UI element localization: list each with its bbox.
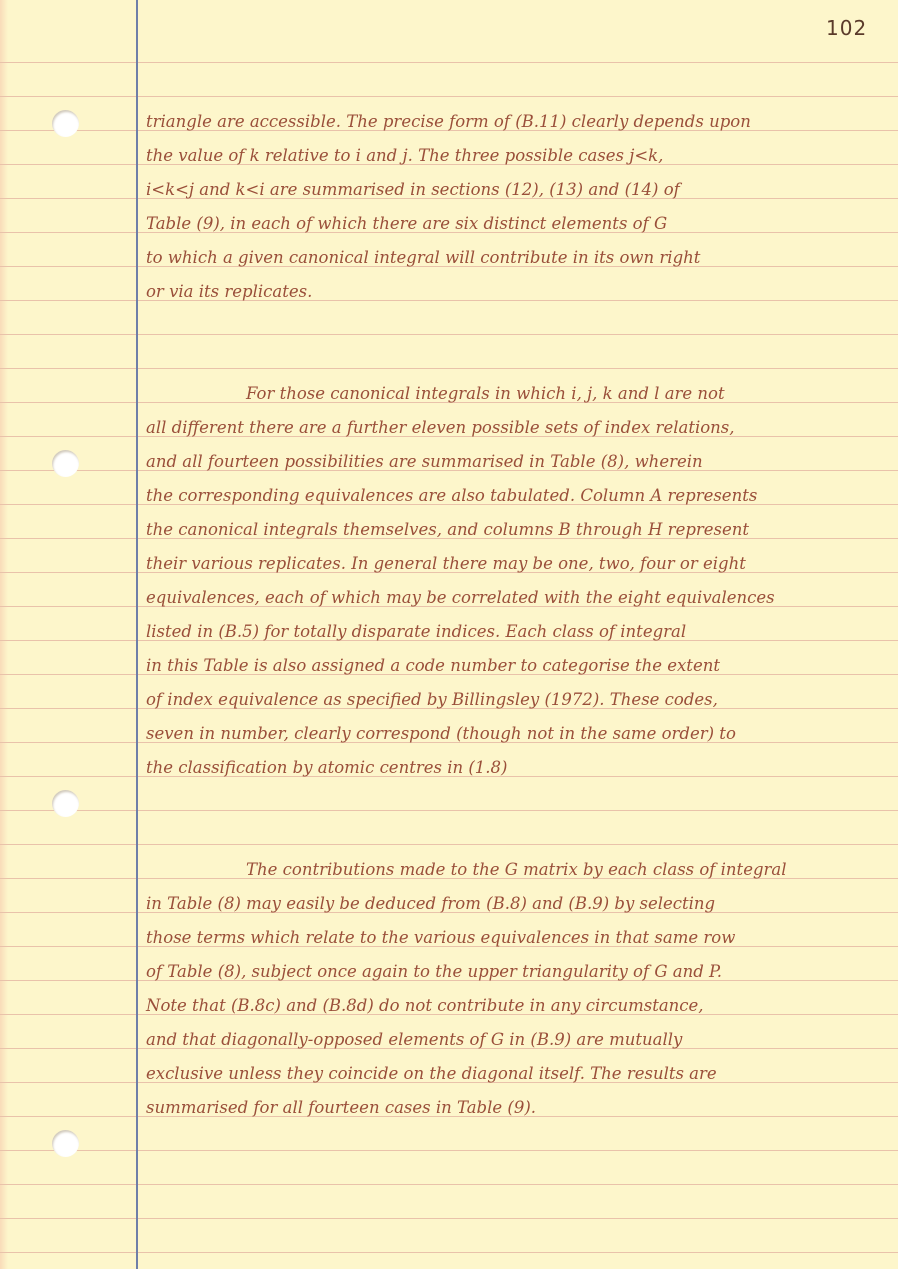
ruled-line <box>0 810 898 811</box>
text-line: For those canonical integrals in which i… <box>246 384 886 404</box>
text-line: the value of k relative to i and j. The … <box>146 146 886 166</box>
text-line: of index equivalence as specified by Bil… <box>146 690 886 710</box>
text-line: exclusive unless they coincide on the di… <box>146 1064 886 1084</box>
text-line: The contributions made to the G matrix b… <box>246 860 886 880</box>
text-line: summarised for all fourteen cases in Tab… <box>146 1098 886 1118</box>
text-line: and that diagonally-opposed elements of … <box>146 1030 886 1050</box>
text-line: Table (9), in each of which there are si… <box>146 214 886 234</box>
page-number: 102 <box>826 16 867 40</box>
notebook-page: 102 triangle are accessible. The precise… <box>0 0 898 1269</box>
ruled-line <box>0 1252 898 1253</box>
punch-hole <box>52 110 79 137</box>
ruled-line <box>0 844 898 845</box>
ruled-line <box>0 62 898 63</box>
text-line: the canonical integrals themselves, and … <box>146 520 886 540</box>
text-line: all different there are a further eleven… <box>146 418 886 438</box>
text-line: triangle are accessible. The precise for… <box>146 112 886 132</box>
text-line: the classification by atomic centres in … <box>146 758 886 778</box>
text-line: listed in (B.5) for totally disparate in… <box>146 622 886 642</box>
text-line: equivalences, each of which may be corre… <box>146 588 886 608</box>
punch-hole <box>52 1130 79 1157</box>
ruled-line <box>0 368 898 369</box>
ruled-line <box>0 96 898 97</box>
punch-hole <box>52 450 79 477</box>
text-line: or via its replicates. <box>146 282 886 302</box>
margin-line <box>136 0 138 1269</box>
text-line: Note that (B.8c) and (B.8d) do not contr… <box>146 996 886 1016</box>
text-line: to which a given canonical integral will… <box>146 248 886 268</box>
text-line: in this Table is also assigned a code nu… <box>146 656 886 676</box>
ruled-line <box>0 1150 898 1151</box>
text-line: those terms which relate to the various … <box>146 928 886 948</box>
punch-hole <box>52 790 79 817</box>
text-line: the corresponding equivalences are also … <box>146 486 886 506</box>
text-line: i<k<j and k<i are summarised in sections… <box>146 180 886 200</box>
ruled-line <box>0 1184 898 1185</box>
text-line: seven in number, clearly correspond (tho… <box>146 724 886 744</box>
ruled-line <box>0 334 898 335</box>
text-line: in Table (8) may easily be deduced from … <box>146 894 886 914</box>
ruled-line <box>0 1218 898 1219</box>
text-line: of Table (8), subject once again to the … <box>146 962 886 982</box>
text-line: their various replicates. In general the… <box>146 554 886 574</box>
text-line: and all fourteen possibilities are summa… <box>146 452 886 472</box>
